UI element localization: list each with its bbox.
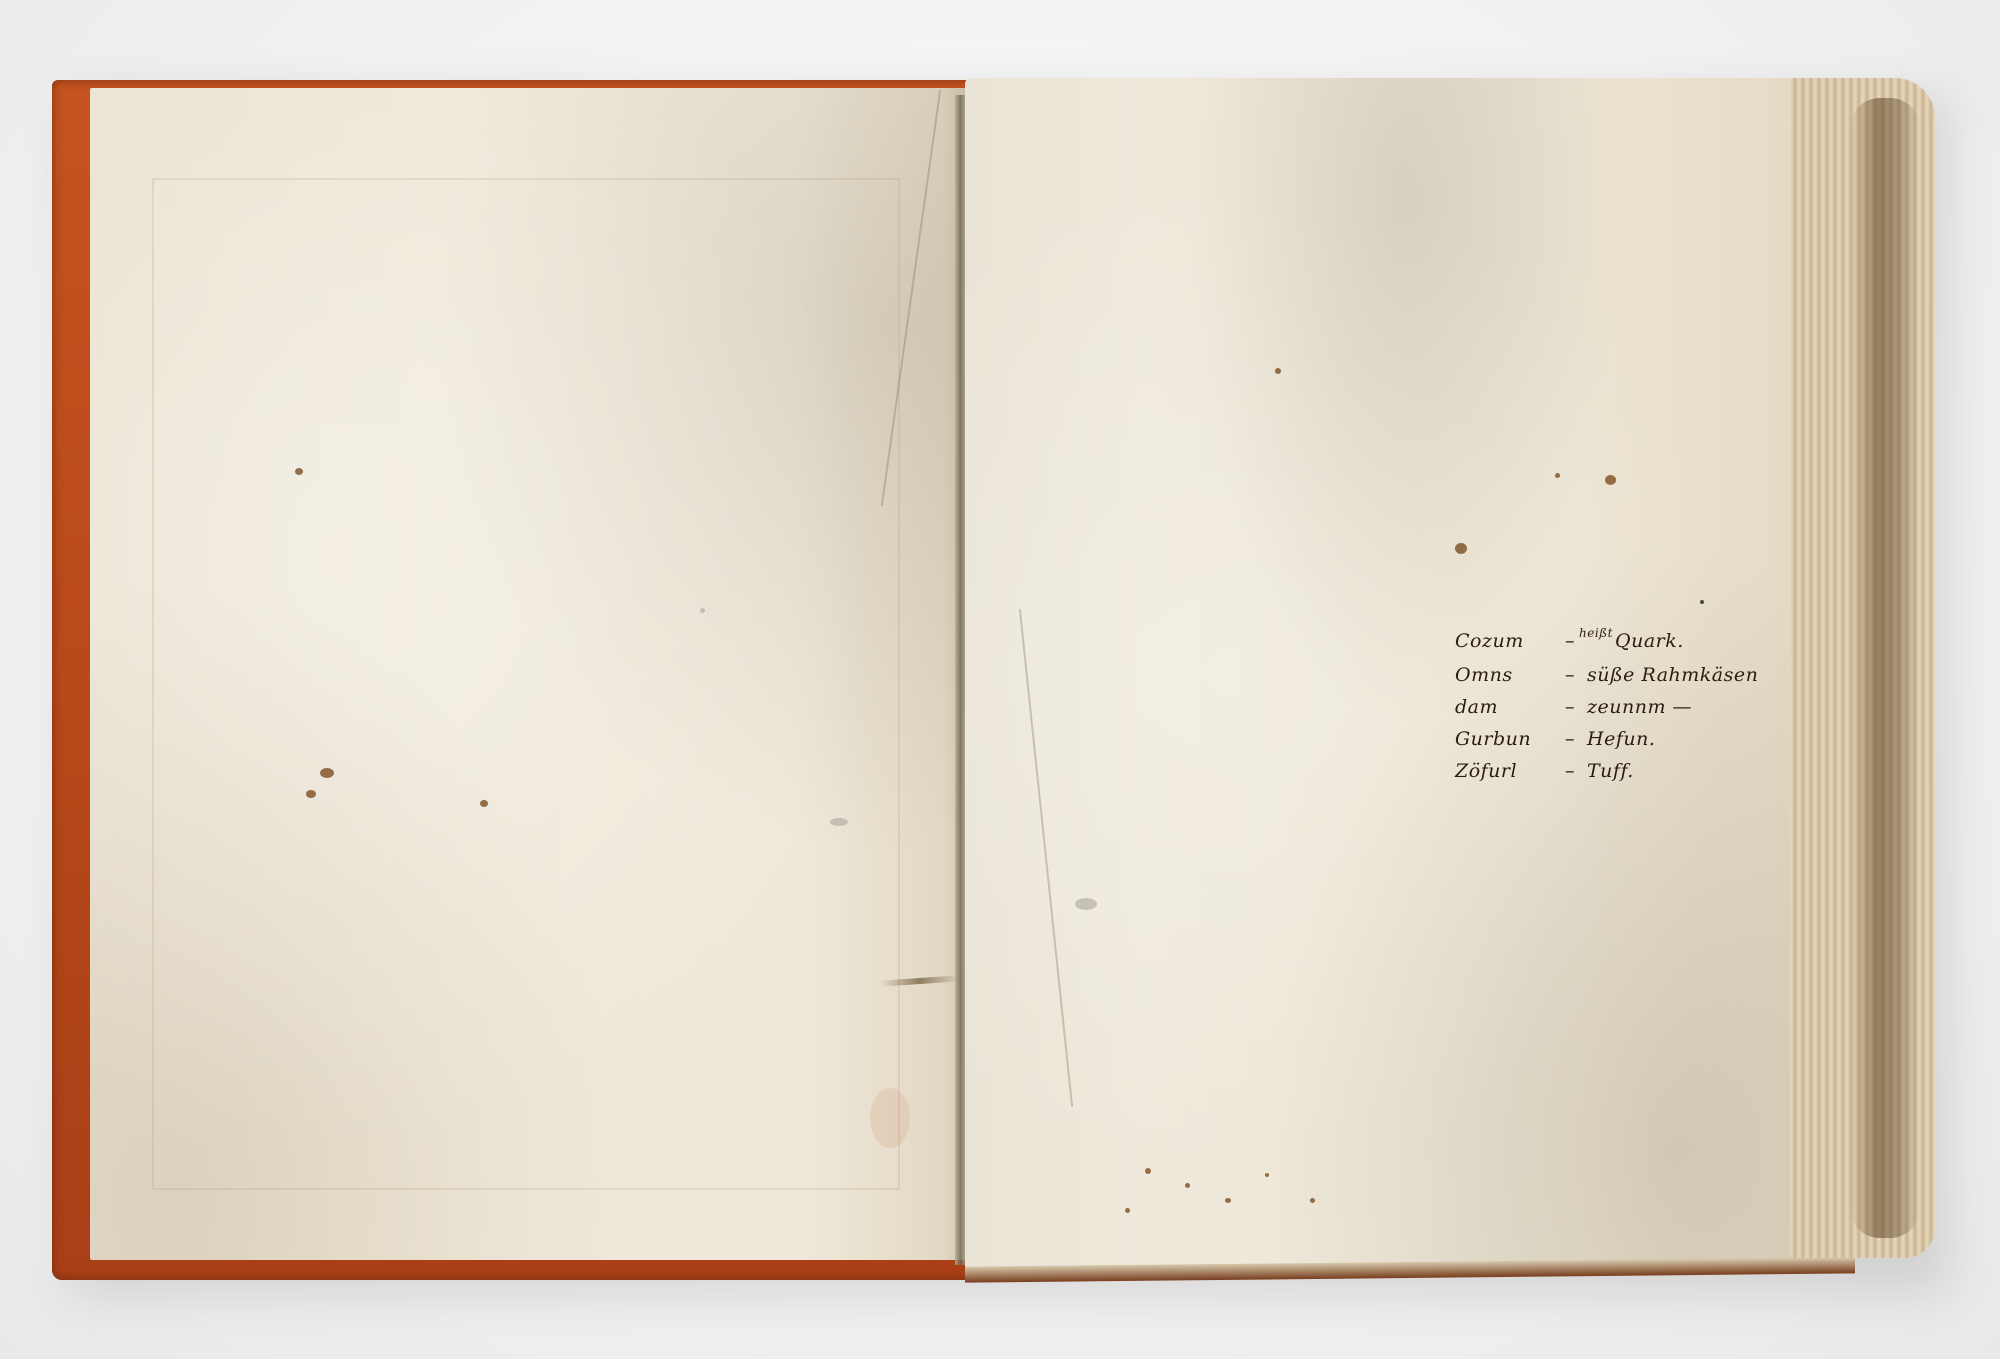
photo-scene: Cozum–heißtQuark. Omns–süße Rahmkäsen da…	[0, 0, 2000, 1359]
stain	[870, 1088, 910, 1148]
handwritten-definition: Hefun.	[1587, 728, 1655, 750]
foxing-spot	[1125, 1208, 1130, 1213]
stain	[1075, 898, 1097, 910]
foxing-spot	[320, 768, 334, 778]
foxing-spot	[1555, 473, 1560, 478]
page-block-edge	[1790, 78, 1935, 1258]
left-page	[90, 88, 970, 1260]
foxing-spot	[295, 468, 303, 475]
stain	[830, 818, 848, 826]
ink-dot	[1700, 600, 1704, 604]
handwritten-term: Omns	[1455, 659, 1565, 691]
foxing-spot	[480, 800, 488, 807]
foxing-spot	[1225, 1198, 1231, 1203]
foxing-spot	[1310, 1198, 1315, 1203]
handwritten-line: Cozum–heißtQuark.	[1455, 625, 1775, 659]
foxing-spot	[1275, 368, 1281, 374]
handwritten-note: Cozum–heißtQuark. Omns–süße Rahmkäsen da…	[1455, 625, 1775, 787]
handwritten-definition: zeunnm —	[1587, 696, 1692, 718]
handwritten-line: dam–zeunnm —	[1455, 691, 1775, 723]
foxing-spot	[306, 790, 316, 798]
handwritten-definition: Quark.	[1615, 630, 1684, 652]
foxing-spot	[1265, 1173, 1269, 1177]
handwritten-definition: süße Rahmkäsen	[1587, 664, 1758, 686]
handwritten-line: Omns–süße Rahmkäsen	[1455, 659, 1775, 691]
foxing-spot	[1605, 475, 1616, 485]
handwritten-term: Zöfurl	[1455, 755, 1565, 787]
handwritten-term: Gurbun	[1455, 723, 1565, 755]
page-edge-soiling	[1850, 98, 1920, 1238]
handwritten-definition: Tuff.	[1587, 760, 1634, 782]
handwritten-line: Gurbun–Hefun.	[1455, 723, 1775, 755]
handwritten-term: dam	[1455, 691, 1565, 723]
foxing-spot	[1455, 543, 1467, 554]
handwritten-superscript: heißt	[1579, 626, 1613, 640]
handwritten-line: Zöfurl–Tuff.	[1455, 755, 1775, 787]
paper-crease	[1019, 609, 1073, 1106]
foxing-spot	[1145, 1168, 1151, 1174]
foxing-spot	[1185, 1183, 1190, 1188]
stain	[700, 608, 705, 613]
left-page-plate-mark	[152, 178, 900, 1190]
handwritten-term: Cozum	[1455, 625, 1565, 657]
